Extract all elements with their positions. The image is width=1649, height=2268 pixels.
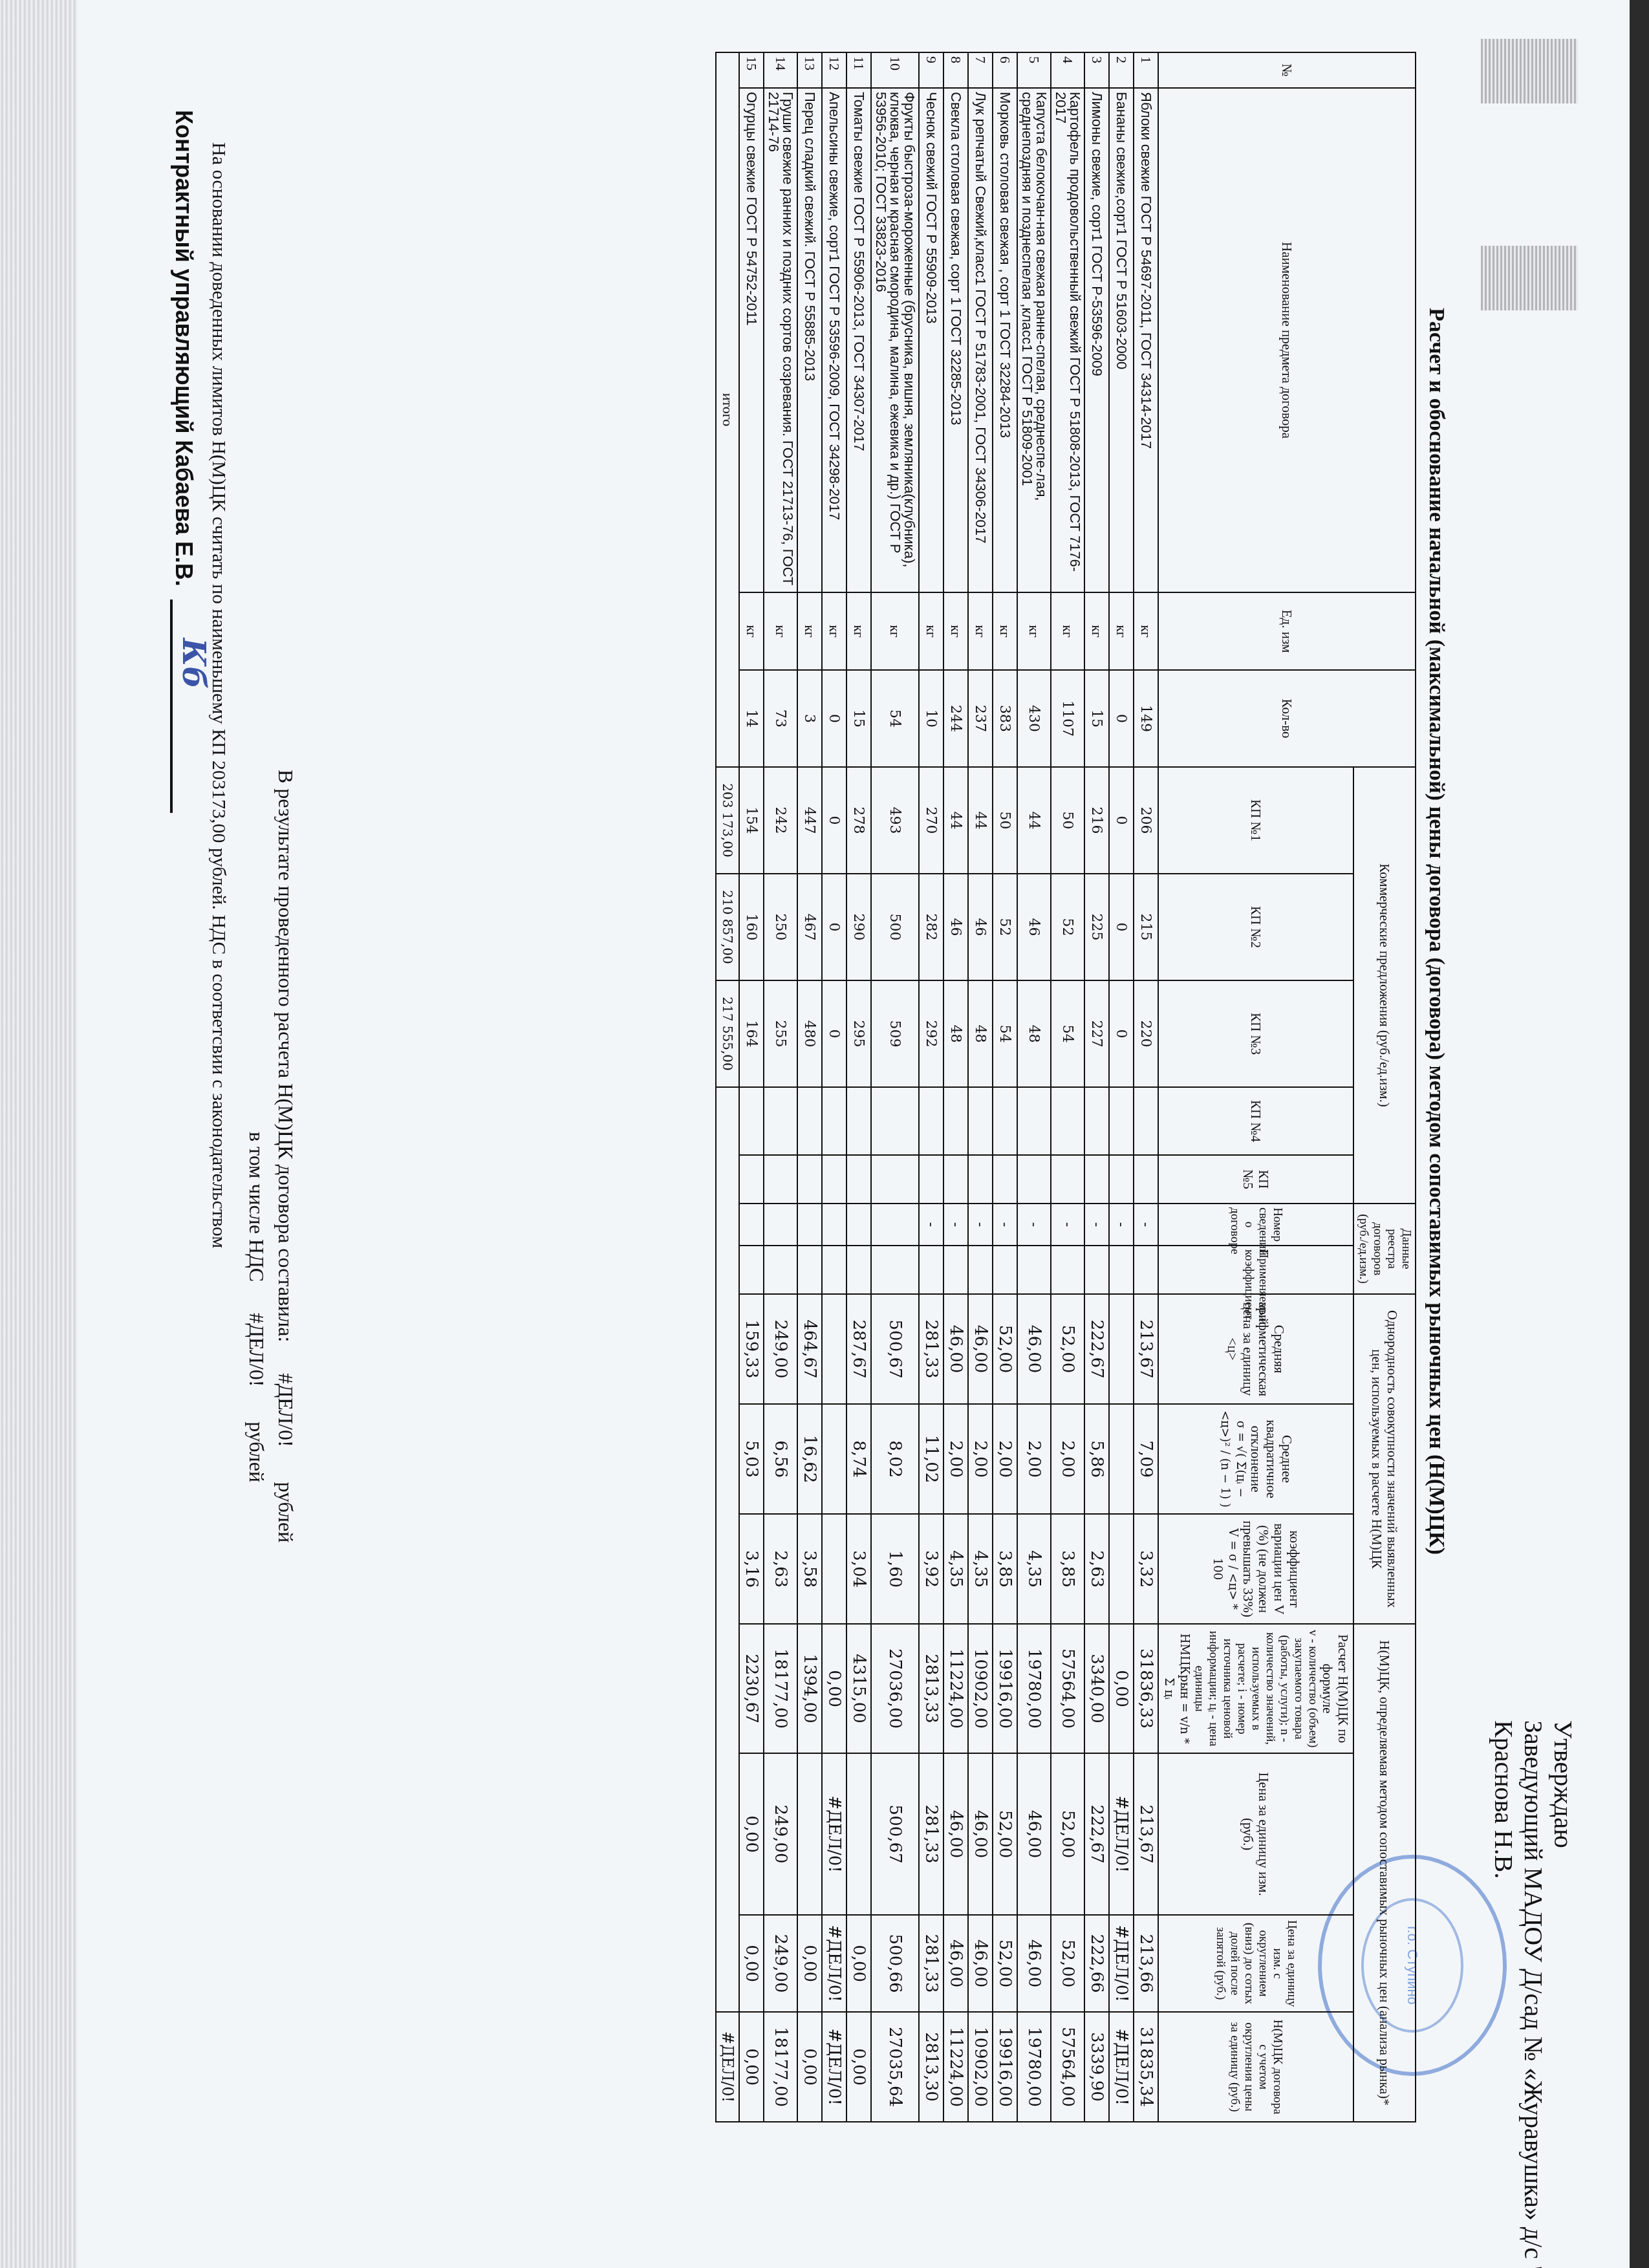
- cell-mean: 46,00: [1017, 1294, 1051, 1404]
- cell-kp1: 154: [739, 767, 764, 874]
- cell-sd: 5,86: [1084, 1404, 1109, 1514]
- cell-name: Груши свежие ранних и поздних сортов соз…: [764, 88, 797, 592]
- cell-price: 46,00: [968, 1753, 993, 1915]
- cell-qty: 3: [797, 670, 822, 767]
- cell-coef: [943, 1246, 968, 1294]
- cell-qty: 73: [764, 670, 797, 767]
- cell-no: 4: [1051, 52, 1084, 88]
- cell-kp4: [871, 1087, 919, 1155]
- cell-kp2: 500: [871, 874, 919, 980]
- col-header-kp3: КП №3: [1158, 980, 1353, 1087]
- cell-qty: 0: [1109, 670, 1134, 767]
- cell-kp3: 292: [919, 980, 943, 1087]
- cell-price_r: 52,00: [1051, 1915, 1084, 2012]
- cell-price_r: 249,00: [764, 1915, 797, 2012]
- col-header-unit: Ед. изм: [1158, 592, 1416, 670]
- cell-sd: 2,00: [1017, 1404, 1051, 1514]
- cell-coef: [764, 1246, 797, 1294]
- col-header-registry: Данные реестра договоров (руб./ед.изм.): [1353, 1204, 1416, 1294]
- cell-total: 31835,34: [1134, 2012, 1158, 2122]
- cell-kp1: 44: [968, 767, 993, 874]
- cell-kp4: [1051, 1087, 1084, 1155]
- cell-v: 3,04: [846, 1514, 871, 1624]
- cell-price_r: 281,33: [919, 1915, 943, 2012]
- document-title: Расчет и обоснование начальной (максимал…: [1424, 220, 1449, 1643]
- cell-qty: 149: [1134, 670, 1158, 767]
- cell-v: 4,35: [943, 1514, 968, 1624]
- cell-kp2: 282: [919, 874, 943, 980]
- cell-coef: [846, 1246, 871, 1294]
- cell-v: 2,63: [1084, 1514, 1109, 1624]
- cell-no: 6: [993, 52, 1017, 88]
- cell-price_r: 213,66: [1134, 1915, 1158, 2012]
- cell-price: #ДЕЛ/0!: [1109, 1753, 1134, 1915]
- cell-kp5: [846, 1155, 871, 1204]
- vat-label: в том числе НДС: [245, 1132, 268, 1282]
- cell-calc: 2230,67: [739, 1624, 764, 1753]
- cell-unit: кг: [968, 592, 993, 670]
- cell-kp3: 0: [822, 980, 846, 1087]
- cell-unit: кг: [919, 592, 943, 670]
- cell-kp5: [871, 1155, 919, 1204]
- totals-kp3: 217 555,00: [716, 980, 739, 1087]
- col-header-unit-price: Цена за единицу изм. (руб.): [1158, 1753, 1353, 1915]
- col-header-registry-number: Номер сведений о договоре: [1158, 1204, 1353, 1246]
- cell-price: 46,00: [1017, 1753, 1051, 1915]
- cell-sd: 6,56: [764, 1404, 797, 1514]
- cell-v: 4,35: [1017, 1514, 1051, 1624]
- cell-qty: 15: [846, 670, 871, 767]
- cell-mean: 500,67: [871, 1294, 919, 1404]
- cell-price_r: 0,00: [846, 1915, 871, 2012]
- table-row: 14Груши свежие ранних и поздних сортов с…: [764, 52, 797, 2122]
- cell-qty: 383: [993, 670, 1017, 767]
- cell-kp3: 48: [943, 980, 968, 1087]
- cell-qty: 10: [919, 670, 943, 767]
- cell-name: Свекла столовая свежая, сорт 1 ГОСТ 3228…: [943, 88, 968, 592]
- cell-price_r: 46,00: [943, 1915, 968, 2012]
- cell-calc: 11224,00: [943, 1624, 968, 1753]
- cell-price: 222,67: [1084, 1753, 1109, 1915]
- cell-unit: кг: [846, 592, 871, 670]
- col-header-stddev: Среднее квадратичное отклонение σ = √( Σ…: [1158, 1404, 1353, 1514]
- cell-price_r: #ДЕЛ/0!: [822, 1915, 846, 2012]
- cell-qty: 244: [943, 670, 968, 767]
- table-row: 5Капуста белокочан-ная свежая ранне-спел…: [1017, 52, 1051, 2122]
- cell-total: 0,00: [846, 2012, 871, 2122]
- totals-row: итого 203 173,00 210 857,00 217 555,00 #…: [716, 52, 739, 2122]
- cell-price: 52,00: [1051, 1753, 1084, 1915]
- cell-coef: [871, 1246, 919, 1294]
- cell-mean: 464,67: [797, 1294, 822, 1404]
- cell-calc: 0,00: [822, 1624, 846, 1753]
- result-unit: рублей: [274, 1482, 297, 1542]
- col-header-nmck-rounded: Н(М)ЦК договора с учетом округления цены…: [1158, 2012, 1353, 2122]
- cell-price: 500,67: [871, 1753, 919, 1915]
- cell-kp2: 52: [993, 874, 1017, 980]
- cell-reg: -: [1084, 1204, 1109, 1246]
- cell-mean: [1109, 1294, 1134, 1404]
- cell-total: 19780,00: [1017, 2012, 1051, 2122]
- cell-no: 8: [943, 52, 968, 88]
- cell-mean: 159,33: [739, 1294, 764, 1404]
- signer-label: Контрактный управляющий Кабаева Е.В.: [171, 110, 197, 587]
- col-header-mean: Средняя арифметическая цена за единицу <…: [1158, 1294, 1353, 1404]
- cell-no: 10: [871, 52, 919, 88]
- cell-coef: [1109, 1246, 1134, 1294]
- cell-kp1: 50: [993, 767, 1017, 874]
- cell-kp4: [846, 1087, 871, 1155]
- cell-price: [846, 1753, 871, 1915]
- cell-kp4: [797, 1087, 822, 1155]
- cell-name: Яблоки свежие ГОСТ Р 54697-2011, ГОСТ 34…: [1134, 88, 1158, 592]
- cell-kp5: [968, 1155, 993, 1204]
- cell-unit: кг: [871, 592, 919, 670]
- cell-qty: 14: [739, 670, 764, 767]
- cell-kp4: [764, 1087, 797, 1155]
- cell-kp1: 242: [764, 767, 797, 874]
- cell-calc: 27036,00: [871, 1624, 919, 1753]
- cell-kp5: [1051, 1155, 1084, 1204]
- vat-unit: рублей: [245, 1421, 268, 1482]
- totals-kp2: 210 857,00: [716, 874, 739, 980]
- cell-reg: -: [968, 1204, 993, 1246]
- cell-calc: 2813,33: [919, 1624, 943, 1753]
- cell-reg: [797, 1204, 822, 1246]
- cell-total: 27035,64: [871, 2012, 919, 2122]
- col-header-variation: коэффициент вариации цен V (%) (не долже…: [1158, 1514, 1353, 1624]
- signature: Кб: [175, 638, 211, 689]
- cell-kp2: 250: [764, 874, 797, 980]
- cell-mean: 222,67: [1084, 1294, 1109, 1404]
- cell-v: 3,85: [993, 1514, 1017, 1624]
- table-row: 13Перец сладкий свежий. ГОСТ Р 55885-201…: [797, 52, 822, 2122]
- cell-sd: 8,74: [846, 1404, 871, 1514]
- cell-no: 2: [1109, 52, 1134, 88]
- cell-unit: кг: [797, 592, 822, 670]
- cell-v: 4,35: [968, 1514, 993, 1624]
- cell-price: [797, 1753, 822, 1915]
- cell-coef: [739, 1246, 764, 1294]
- cell-reg: -: [1017, 1204, 1051, 1246]
- cell-kp5: [822, 1155, 846, 1204]
- stddev-label: Среднее квадратичное отклонение: [1248, 1408, 1295, 1510]
- cell-price: 249,00: [764, 1753, 797, 1915]
- cell-kp4: [1017, 1087, 1051, 1155]
- cell-kp4: [943, 1087, 968, 1155]
- cell-mean: 213,67: [1134, 1294, 1158, 1404]
- cell-calc: 1394,00: [797, 1624, 822, 1753]
- basis-text: На основании доведенных лимитов Н(М)ЦК с…: [208, 142, 230, 1248]
- cell-kp2: 46: [943, 874, 968, 980]
- cell-v: [822, 1514, 846, 1624]
- cell-coef: [1134, 1246, 1158, 1294]
- cell-kp4: [993, 1087, 1017, 1155]
- col-header-nmck: Н(М)ЦК, определяемая методом сопоставимы…: [1353, 1624, 1416, 2122]
- cell-qty: 430: [1017, 670, 1051, 767]
- cell-mean: 46,00: [943, 1294, 968, 1404]
- cell-v: 3,92: [919, 1514, 943, 1624]
- cell-no: 13: [797, 52, 822, 88]
- cell-unit: кг: [822, 592, 846, 670]
- cell-coef: [919, 1246, 943, 1294]
- cell-name: Фрукты быстроза-мороженные (брусника, ви…: [871, 88, 919, 592]
- cell-kp4: [968, 1087, 993, 1155]
- cell-kp3: 480: [797, 980, 822, 1087]
- cell-reg: [764, 1204, 797, 1246]
- cell-kp4: [919, 1087, 943, 1155]
- cell-name: Огурцы свежие ГОСТ Р 54752-2011: [739, 88, 764, 592]
- cell-qty: 15: [1084, 670, 1109, 767]
- cell-qty: 0: [822, 670, 846, 767]
- cell-v: 1,60: [871, 1514, 919, 1624]
- cell-kp1: 447: [797, 767, 822, 874]
- document-page: Утверждаю Заведующий МАДОУ Д/сад № «Жура…: [52, 26, 1578, 2238]
- cell-name: Капуста белокочан-ная свежая ранне-спела…: [1017, 88, 1051, 592]
- cell-v: 3,16: [739, 1514, 764, 1624]
- cell-sd: 2,00: [968, 1404, 993, 1514]
- cell-qty: 1107: [1051, 670, 1084, 767]
- table-row: 9Чеснок свежий ГОСТ Р 55909-2013кг102702…: [919, 52, 943, 2122]
- cell-reg: [822, 1204, 846, 1246]
- cell-coef: [1084, 1246, 1109, 1294]
- table-row: 10Фрукты быстроза-мороженные (брусника, …: [871, 52, 919, 2122]
- cell-kp3: 54: [993, 980, 1017, 1087]
- cell-kp3: 164: [739, 980, 764, 1087]
- cell-coef: [822, 1246, 846, 1294]
- approval-heading: Утверждаю: [1548, 1720, 1578, 2212]
- cell-kp5: [797, 1155, 822, 1204]
- signer-block: Контрактный управляющий Кабаева Е.В. Кб: [170, 110, 197, 813]
- cell-coef: [797, 1246, 822, 1294]
- cell-total: 10902,00: [968, 2012, 993, 2122]
- cell-unit: кг: [1084, 592, 1109, 670]
- cell-kp1: 0: [822, 767, 846, 874]
- stddev-formula: σ = √( Σ(цᵢ − <ц>)² / (n − 1) ): [1217, 1408, 1248, 1510]
- cell-unit: кг: [739, 592, 764, 670]
- cell-calc: 18177,00: [764, 1624, 797, 1753]
- cell-kp1: 0: [1109, 767, 1134, 874]
- cell-calc: 31836,33: [1134, 1624, 1158, 1753]
- cell-mean: 249,00: [764, 1294, 797, 1404]
- col-header-no: №: [1158, 52, 1416, 88]
- cell-price_r: 0,00: [739, 1915, 764, 2012]
- cell-reg: -: [1134, 1204, 1158, 1246]
- cell-kp4: [822, 1087, 846, 1155]
- cell-sd: 7,09: [1134, 1404, 1158, 1514]
- cell-calc: 19780,00: [1017, 1624, 1051, 1753]
- cell-calc: 10902,00: [968, 1624, 993, 1753]
- cell-price: 52,00: [993, 1753, 1017, 1915]
- cell-v: 2,63: [764, 1514, 797, 1624]
- cell-coef: [968, 1246, 993, 1294]
- cell-kp1: 44: [943, 767, 968, 874]
- cell-no: 15: [739, 52, 764, 88]
- cell-v: 3,58: [797, 1514, 822, 1624]
- cell-name: Картофель продовольственный свежий ГОСТ …: [1051, 88, 1084, 592]
- cell-kp2: 52: [1051, 874, 1084, 980]
- cell-kp3: 295: [846, 980, 871, 1087]
- variation-label: коэффициент вариации цен V (%) (не долже…: [1240, 1518, 1302, 1620]
- cell-mean: 281,33: [919, 1294, 943, 1404]
- totals-empty: [716, 1087, 739, 2012]
- col-header-kp5: КП №5: [1158, 1155, 1353, 1204]
- variation-formula: V = σ / <ц> * 100: [1209, 1518, 1240, 1620]
- cell-no: 11: [846, 52, 871, 88]
- cell-reg: [739, 1204, 764, 1246]
- cell-kp2: 0: [822, 874, 846, 980]
- cell-kp5: [943, 1155, 968, 1204]
- cell-reg: -: [919, 1204, 943, 1246]
- cell-sd: 11,02: [919, 1404, 943, 1514]
- cell-price_r: 0,00: [797, 1915, 822, 2012]
- cell-kp2: 290: [846, 874, 871, 980]
- table-row: 1Яблоки свежие ГОСТ Р 54697-2011, ГОСТ 3…: [1134, 52, 1158, 2122]
- cell-coef: [1051, 1246, 1084, 1294]
- col-header-kp1: КП №1: [1158, 767, 1353, 874]
- cell-kp3: 227: [1084, 980, 1109, 1087]
- result-value: #ДЕЛ/0!: [274, 1373, 297, 1476]
- cell-mean: [822, 1294, 846, 1404]
- cell-reg: -: [943, 1204, 968, 1246]
- cell-no: 7: [968, 52, 993, 88]
- table-row: 4Картофель продовольственный свежий ГОСТ…: [1051, 52, 1084, 2122]
- cell-kp2: 467: [797, 874, 822, 980]
- cell-kp2: 225: [1084, 874, 1109, 980]
- cell-unit: кг: [1109, 592, 1134, 670]
- table-row: 12Апельсины свежие, сорт1 ГОСТ Р 53596-2…: [822, 52, 846, 2122]
- cell-price: 0,00: [739, 1753, 764, 1915]
- col-header-kp4: КП №4: [1158, 1087, 1353, 1155]
- cell-price: 281,33: [919, 1753, 943, 1915]
- cell-kp1: 493: [871, 767, 919, 874]
- cell-sd: 8,02: [871, 1404, 919, 1514]
- cell-price_r: 46,00: [968, 1915, 993, 2012]
- col-header-offers: Коммерческие предложения (руб./ед.изм.): [1353, 767, 1416, 1204]
- table-row: 8Свекла столовая свежая, сорт 1 ГОСТ 322…: [943, 52, 968, 2122]
- cell-unit: кг: [943, 592, 968, 670]
- cell-total: 19916,00: [993, 2012, 1017, 2122]
- cell-price_r: 222,66: [1084, 1915, 1109, 2012]
- cell-v: 3,85: [1051, 1514, 1084, 1624]
- cell-kp1: 50: [1051, 767, 1084, 874]
- table-row: 15Огурцы свежие ГОСТ Р 54752-2011кг14154…: [739, 52, 764, 2122]
- cell-kp3: 0: [1109, 980, 1134, 1087]
- cell-qty: 237: [968, 670, 993, 767]
- col-header-nmck-calc: Расчет Н(М)ЦК по формуле v - количество …: [1158, 1624, 1353, 1753]
- col-header-name: Наименование предмета договора: [1158, 88, 1416, 592]
- cell-kp5: [1084, 1155, 1109, 1204]
- col-header-unit-price-rounded: Цена за единицу изм. с округлением (вниз…: [1158, 1915, 1353, 2012]
- cell-kp5: [739, 1155, 764, 1204]
- result-label: В результате проведенного расчета Н(М)ЦК…: [274, 770, 297, 1342]
- cell-kp3: 54: [1051, 980, 1084, 1087]
- cell-kp3: 220: [1134, 980, 1158, 1087]
- cell-kp1: 216: [1084, 767, 1109, 874]
- cell-calc: 57564,00: [1051, 1624, 1084, 1753]
- cell-unit: кг: [993, 592, 1017, 670]
- totals-kp1: 203 173,00: [716, 767, 739, 874]
- totals-label: итого: [716, 52, 739, 767]
- cell-sd: 2,00: [993, 1404, 1017, 1514]
- table-row: 11Томаты свежие ГОСТ Р 55906-2013, ГОСТ …: [846, 52, 871, 2122]
- cell-v: [1109, 1514, 1134, 1624]
- cell-name: Лук репчатый Свежий,класс1 ГОСТ Р 51783-…: [968, 88, 993, 592]
- cell-total: 57564,00: [1051, 2012, 1084, 2122]
- cell-kp3: 48: [1017, 980, 1051, 1087]
- cell-kp1: 270: [919, 767, 943, 874]
- cell-kp2: 46: [1017, 874, 1051, 980]
- cell-price_r: 46,00: [1017, 1915, 1051, 2012]
- cell-reg: [871, 1204, 919, 1246]
- result-block: В результате проведенного расчета Н(М)ЦК…: [239, 770, 297, 1542]
- nmck-calc-label: Расчет Н(М)ЦК по формуле: [1320, 1628, 1351, 1749]
- approval-position: Заведующий МАДОУ Д/сад № «Журавушка» д/с…: [1518, 1720, 1548, 2212]
- cell-mean: 46,00: [968, 1294, 993, 1404]
- col-header-kp2: КП №2: [1158, 874, 1353, 980]
- cell-kp5: [1109, 1155, 1134, 1204]
- cell-calc: 19916,00: [993, 1624, 1017, 1753]
- cell-kp4: [1134, 1087, 1158, 1155]
- nmck-calc-description: v - количество (объем) закупаемого товар…: [1192, 1628, 1320, 1749]
- cell-kp2: 46: [968, 874, 993, 980]
- cell-total: 0,00: [739, 2012, 764, 2122]
- cell-reg: -: [1109, 1204, 1134, 1246]
- vat-value: #ДЕЛ/0!: [244, 1313, 268, 1416]
- cell-kp4: [739, 1087, 764, 1155]
- cell-name: Перец сладкий свежий. ГОСТ Р 55885-2013: [797, 88, 822, 592]
- signature-line: Кб: [170, 599, 173, 813]
- cell-no: 1: [1134, 52, 1158, 88]
- cell-mean: 52,00: [993, 1294, 1017, 1404]
- cell-sd: [822, 1404, 846, 1514]
- cell-price: #ДЕЛ/0!: [822, 1753, 846, 1915]
- cell-total: #ДЕЛ/0!: [822, 2012, 846, 2122]
- cell-kp5: [1134, 1155, 1158, 1204]
- cell-unit: кг: [1134, 592, 1158, 670]
- cell-price: 46,00: [943, 1753, 968, 1915]
- cell-name: Чеснок свежий ГОСТ Р 55909-2013: [919, 88, 943, 592]
- cell-kp3: 255: [764, 980, 797, 1087]
- cell-total: 0,00: [797, 2012, 822, 2122]
- cell-reg: -: [1051, 1204, 1084, 1246]
- table-row: 6Морковь столовая свежая , сорт 1 ГОСТ 3…: [993, 52, 1017, 2122]
- table-body: 1Яблоки свежие ГОСТ Р 54697-2011, ГОСТ 3…: [739, 52, 1158, 2122]
- cell-kp4: [1109, 1087, 1134, 1155]
- cell-total: 2813,30: [919, 2012, 943, 2122]
- nmck-formula: НМЦКрын = v/n * Σ цᵢ: [1161, 1628, 1192, 1749]
- cell-no: 9: [919, 52, 943, 88]
- totals-nmck: #ДЕЛ/0!: [716, 2012, 739, 2122]
- cell-kp3: 509: [871, 980, 919, 1087]
- cell-price_r: 500,66: [871, 1915, 919, 2012]
- cell-coef: [1017, 1246, 1051, 1294]
- cell-kp2: 160: [739, 874, 764, 980]
- cell-calc: 3340,00: [1084, 1624, 1109, 1753]
- cell-kp5: [764, 1155, 797, 1204]
- cell-kp1: 44: [1017, 767, 1051, 874]
- cell-no: 14: [764, 52, 797, 88]
- cell-price: 213,67: [1134, 1753, 1158, 1915]
- cell-name: Апельсины свежие, сорт1 ГОСТ Р 53596-200…: [822, 88, 846, 592]
- cell-qty: 54: [871, 670, 919, 767]
- cell-calc: 4315,00: [846, 1624, 871, 1753]
- cell-reg: -: [993, 1204, 1017, 1246]
- cell-total: 3339,90: [1084, 2012, 1109, 2122]
- scan-edge-right: [1630, 0, 1649, 2268]
- price-calculation-table: № Наименование предмета договора Ед. изм…: [715, 52, 1416, 2122]
- cell-kp1: 278: [846, 767, 871, 874]
